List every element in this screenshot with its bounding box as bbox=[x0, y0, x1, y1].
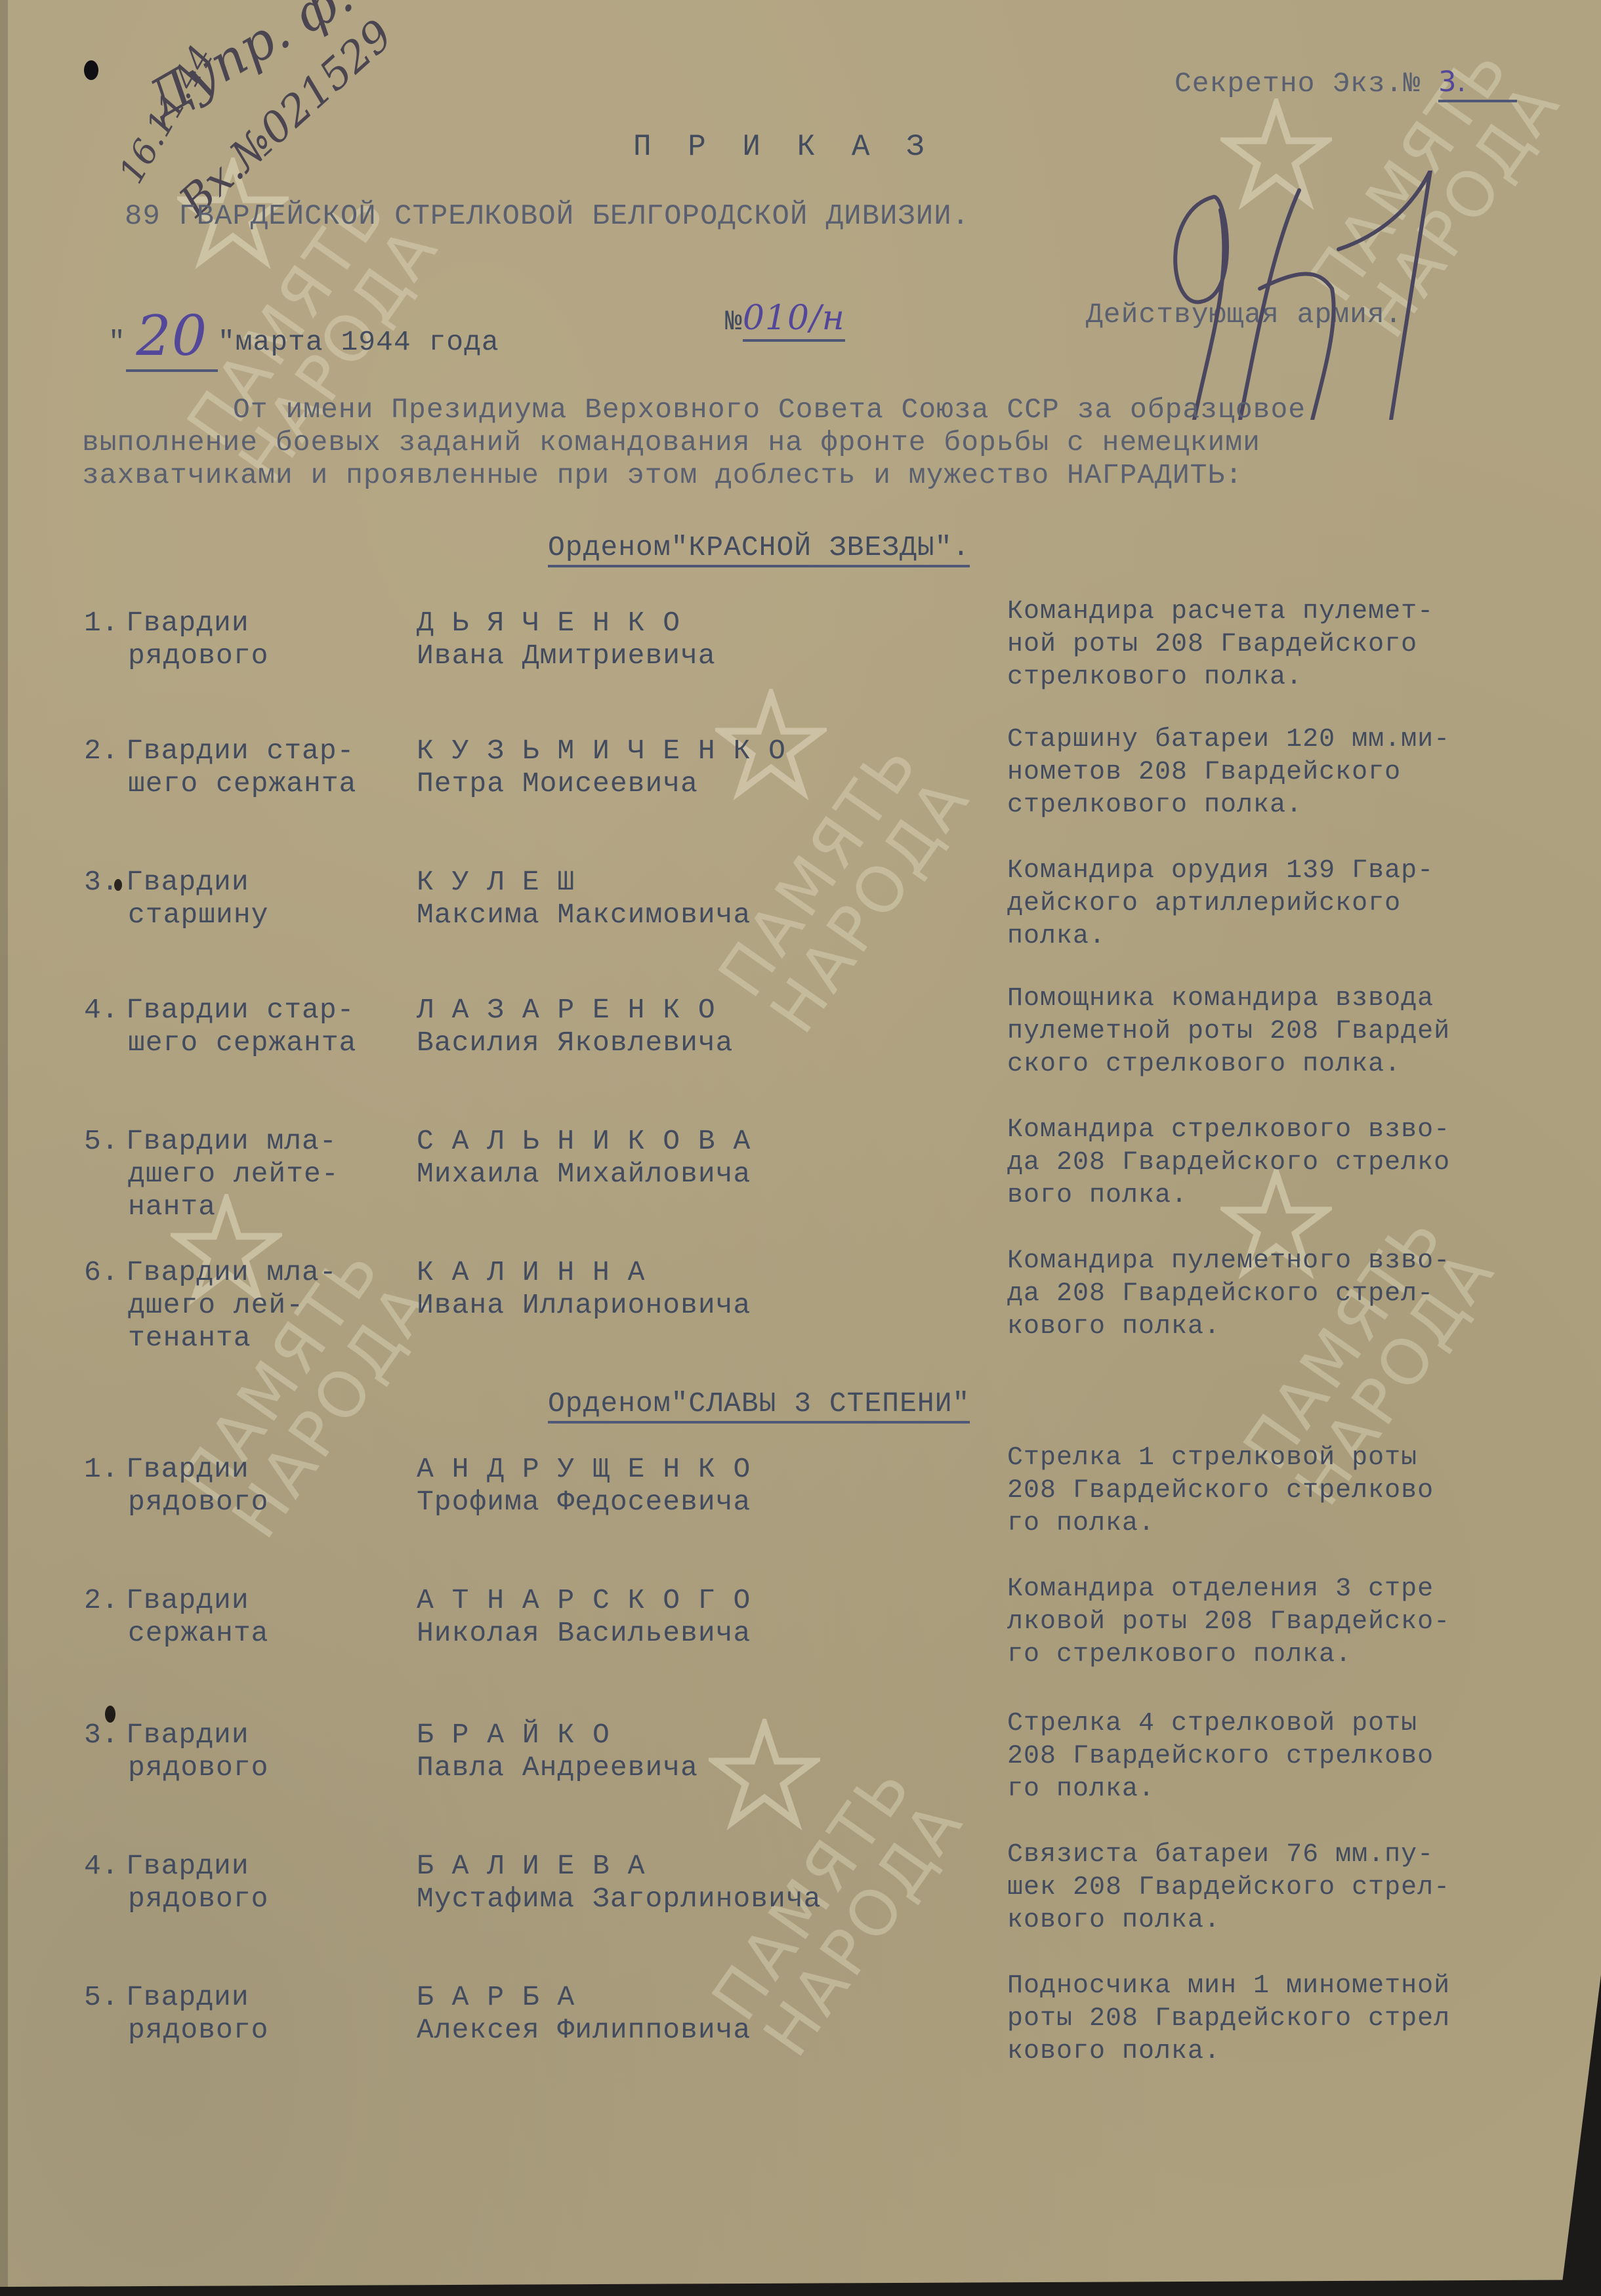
secrecy-label: Секретно Экз.№ 3. bbox=[1175, 66, 1517, 102]
entry-rank-line: рядового bbox=[128, 1486, 268, 1518]
entry-surname: С А Л Ь Н И К О В А bbox=[417, 1125, 751, 1157]
watermark-star-icon bbox=[709, 1719, 820, 1830]
entry-number: 4. bbox=[84, 994, 119, 1026]
entry-position-line: Подносчика мин 1 минометной bbox=[1007, 1971, 1450, 2001]
entry-surname: К У З Ь М И Ч Е Н К О bbox=[417, 735, 786, 767]
section-heading: Орденом"СЛАВЫ 3 СТЕПЕНИ" bbox=[548, 1387, 970, 1424]
document-title: П Р И К А З bbox=[633, 130, 934, 164]
entry-given-name: Мустафима Загорлиновича bbox=[417, 1883, 821, 1915]
entry-given-name: Алексея Филипповича bbox=[417, 2014, 751, 2046]
entry-position-line: го полка. bbox=[1007, 1509, 1155, 1538]
entry-number: 5. bbox=[84, 1981, 119, 2013]
entry-surname: К А Л И Н Н А bbox=[417, 1256, 645, 1288]
entry-position-line: Командира орудия 139 Гвар- bbox=[1007, 856, 1434, 886]
date-month-year: "марта 1944 года bbox=[218, 326, 499, 358]
entry-rank-line: Гвардии bbox=[126, 1719, 249, 1751]
entry-surname: К У Л Е Ш bbox=[417, 866, 575, 898]
entry-position-line: кового полка. bbox=[1007, 2037, 1220, 2066]
entry-position-line: шек 208 Гвардейского стрел- bbox=[1007, 1873, 1450, 1902]
entry-number: 5. bbox=[84, 1125, 119, 1157]
entry-rank-line: тенанта bbox=[128, 1322, 251, 1354]
entry-surname: Л А З А Р Е Н К О bbox=[417, 994, 716, 1026]
entry-number: 3. bbox=[84, 866, 119, 898]
entry-position-line: Командира пулеметного взво- bbox=[1007, 1246, 1450, 1276]
entry-rank-line: Гвардии стар- bbox=[126, 735, 354, 767]
entry-surname: Б Р А Й К О bbox=[417, 1719, 610, 1751]
punch-hole bbox=[84, 60, 98, 80]
entry-position-line: ского стрелкового полка. bbox=[1007, 1050, 1401, 1079]
entry-rank-line: Гвардии bbox=[126, 607, 249, 639]
date-quote: " bbox=[108, 326, 126, 358]
order-number-value: 010/н bbox=[743, 298, 845, 342]
entry-rank-line: рядового bbox=[128, 1752, 268, 1784]
entry-position-line: 208 Гвардейского стрелково bbox=[1007, 1476, 1434, 1506]
entry-number: 6. bbox=[84, 1256, 119, 1288]
entry-position-line: дейского артиллерийского bbox=[1007, 889, 1401, 918]
number-label: № bbox=[725, 306, 743, 338]
entry-rank-line: шего сержанта bbox=[128, 1027, 356, 1059]
entry-position-line: нометов 208 Гвардейского bbox=[1007, 758, 1401, 787]
entry-given-name: Трофима Федосеевича bbox=[417, 1486, 751, 1518]
entry-surname: Б А Р Б А bbox=[417, 1981, 575, 2013]
entry-position-line: вого полка. bbox=[1007, 1181, 1188, 1210]
entry-rank-line: дшего лейте- bbox=[128, 1158, 339, 1190]
entry-rank-line: рядового bbox=[128, 640, 268, 672]
document-page: ПАМЯТЬ НАРОДА ПАМЯТЬ НАРОДА ПАМЯТЬ НАРОД… bbox=[0, 0, 1601, 2296]
entry-position-line: стрелкового полка. bbox=[1007, 790, 1302, 820]
entry-position-line: Стрелка 4 стрелковой роты bbox=[1007, 1709, 1417, 1738]
entry-position-line: Старшину батареи 120 мм.ми- bbox=[1007, 725, 1450, 754]
preamble-line-2: выполнение боевых заданий командования н… bbox=[82, 426, 1260, 459]
entry-position-line: да 208 Гвардейского стрелко bbox=[1007, 1148, 1450, 1178]
entry-rank-line: сержанта bbox=[128, 1617, 268, 1649]
entry-position-line: Помощника командира взвода bbox=[1007, 984, 1434, 1014]
entry-rank-line: рядового bbox=[128, 2014, 268, 2046]
entry-position-line: Командира расчета пулемет- bbox=[1007, 597, 1434, 626]
entry-given-name: Михаила Михайловича bbox=[417, 1158, 751, 1190]
entry-number: 1. bbox=[84, 1453, 119, 1485]
entry-position-line: Связиста батареи 76 мм.пу- bbox=[1007, 1840, 1434, 1870]
secrecy-text: Секретно Экз.№ bbox=[1175, 68, 1421, 100]
entry-number: 3. bbox=[84, 1719, 119, 1751]
entry-rank-line: Гвардии мла- bbox=[126, 1256, 337, 1288]
entry-number: 2. bbox=[84, 735, 119, 767]
section-heading: Орденом"КРАСНОЙ ЗВЕЗДЫ". bbox=[548, 531, 970, 567]
entry-position-line: кового полка. bbox=[1007, 1312, 1220, 1342]
entry-surname: Б А Л И Е В А bbox=[417, 1850, 645, 1882]
entry-position-line: Стрелка 1 стрелковой роты bbox=[1007, 1443, 1417, 1473]
entry-given-name: Петра Моисеевича bbox=[417, 768, 698, 800]
entry-rank-line: Гвардии bbox=[126, 1850, 249, 1882]
entry-number: 4. bbox=[84, 1850, 119, 1882]
entry-position-line: ной роты 208 Гвардейского bbox=[1007, 630, 1417, 659]
entry-surname: А Т Н А Р С К О Г О bbox=[417, 1584, 751, 1616]
entry-rank-line: шего сержанта bbox=[128, 768, 356, 800]
watermark-line-2: НАРОДА bbox=[756, 764, 985, 1046]
left-edge-shadow bbox=[0, 0, 8, 2296]
entry-given-name: Максима Максимовича bbox=[417, 899, 751, 931]
entry-rank-line: дшего лей- bbox=[128, 1289, 304, 1321]
entry-given-name: Николая Васильевича bbox=[417, 1617, 751, 1649]
entry-position-line: стрелкового полка. bbox=[1007, 663, 1302, 692]
order-day: 20 bbox=[126, 304, 218, 372]
entry-surname: А Н Д Р У Щ Е Н К О bbox=[417, 1453, 751, 1485]
preamble-line-1: От имени Президиума Верховного Совета Со… bbox=[233, 394, 1306, 426]
order-number: №010/н bbox=[725, 298, 845, 342]
entry-given-name: Ивана Дмитриевича bbox=[417, 640, 716, 672]
entry-number: 2. bbox=[84, 1584, 119, 1616]
preamble-line-3: захватчиками и проявленные при этом добл… bbox=[82, 459, 1243, 491]
entry-position-line: роты 208 Гвардейского стрел bbox=[1007, 2004, 1450, 2034]
watermark-line-2: НАРОДА bbox=[749, 1787, 978, 2070]
entry-rank-line: старшину bbox=[128, 899, 268, 931]
entry-position-line: го стрелкового полка. bbox=[1007, 1640, 1352, 1670]
entry-surname: Д Ь Я Ч Е Н К О bbox=[417, 607, 680, 639]
watermark-text: ПАМЯТЬ НАРОДА bbox=[709, 730, 980, 1043]
entry-rank-line: Гвардии bbox=[126, 1584, 249, 1616]
division-name: 89 ГВАРДЕЙСКОЙ СТРЕЛКОВОЙ БЕЛГОРОДСКОЙ Д… bbox=[125, 200, 970, 233]
entry-given-name: Ивана Илларионовича bbox=[417, 1289, 751, 1321]
watermark-line-1: ПАМЯТЬ bbox=[704, 728, 933, 1010]
entry-rank-line: нанта bbox=[128, 1191, 216, 1223]
entry-position-line: лковой роты 208 Гвардейско- bbox=[1007, 1607, 1450, 1637]
entry-position-line: 208 Гвардейского стрелково bbox=[1007, 1742, 1434, 1771]
entry-number: 1. bbox=[84, 607, 119, 639]
entry-position-line: полка. bbox=[1007, 922, 1106, 951]
entry-rank-line: Гвардии bbox=[126, 866, 249, 898]
entry-position-line: да 208 Гвардейского стрел- bbox=[1007, 1279, 1434, 1309]
entry-given-name: Василия Яковлевича bbox=[417, 1027, 733, 1059]
pencil-registration-number bbox=[1142, 171, 1496, 420]
entry-rank-line: Гвардии bbox=[126, 1453, 249, 1485]
order-date: "20"марта 1944 года bbox=[108, 298, 499, 367]
entry-position-line: Командира отделения 3 стре bbox=[1007, 1574, 1434, 1604]
entry-position-line: пулеметной роты 208 Гвардей bbox=[1007, 1017, 1450, 1046]
entry-rank-line: Гвардии bbox=[126, 1981, 249, 2013]
entry-position-line: Командира стрелкового взво- bbox=[1007, 1115, 1450, 1145]
watermark-line-1: ПАМЯТЬ bbox=[1229, 1200, 1458, 1483]
entry-position-line: го полка. bbox=[1007, 1774, 1155, 1804]
entry-rank-line: рядового bbox=[128, 1883, 268, 1915]
entry-given-name: Павла Андреевича bbox=[417, 1752, 698, 1784]
entry-rank-line: Гвардии мла- bbox=[126, 1125, 337, 1157]
entry-position-line: кового полка. bbox=[1007, 1906, 1220, 1935]
entry-rank-line: Гвардии стар- bbox=[126, 994, 354, 1026]
copy-number: 3. bbox=[1438, 66, 1517, 102]
